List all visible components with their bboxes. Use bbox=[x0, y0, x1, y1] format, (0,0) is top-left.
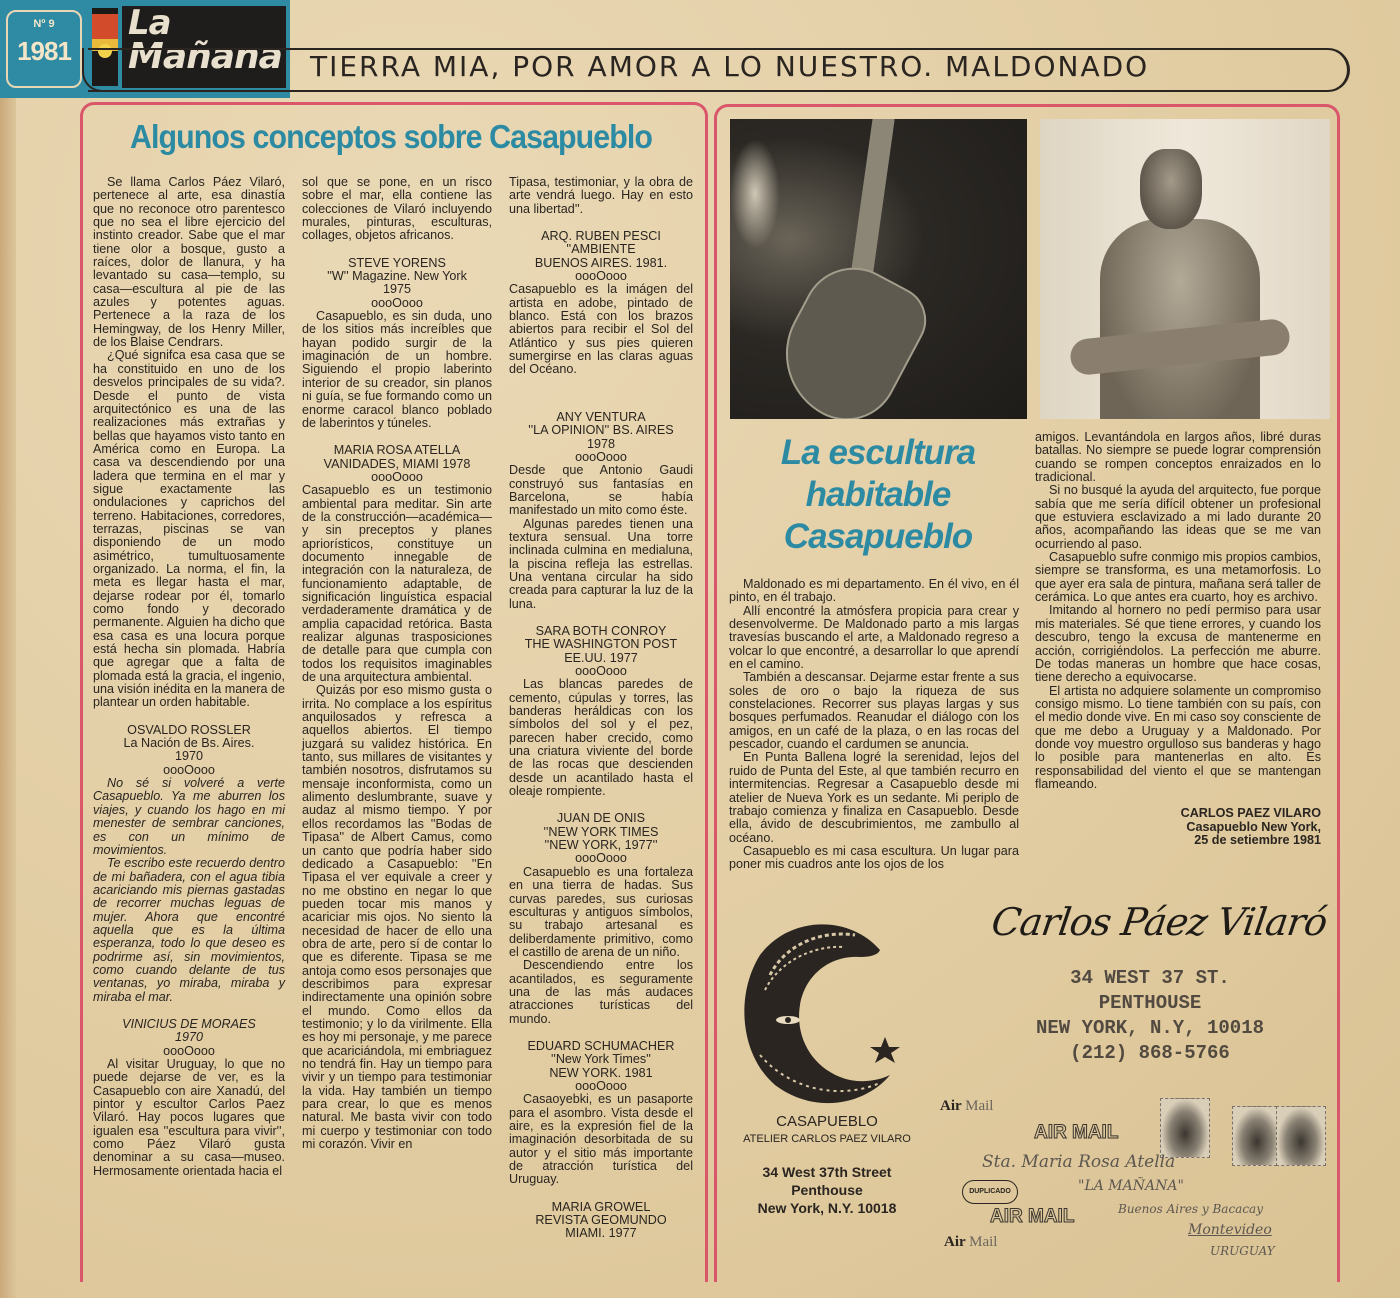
quote-credit: ARQ. RUBEN PESCI ''AMBIENTE BUENOS AIRES… bbox=[509, 230, 693, 283]
handwritten-recipient: URUGUAY bbox=[1210, 1244, 1275, 1258]
left-article-column-3: Tipasa, testimoniar, y la obra de arte v… bbox=[509, 176, 693, 1241]
paragraph: ¿Qué signifca esa casa que se ha constit… bbox=[93, 349, 285, 709]
paragraph: sol que se pone, en un risco sobre el ma… bbox=[302, 176, 492, 243]
quote-credit: EDUARD SCHUMACHER ''New York Times'' NEW… bbox=[509, 1040, 693, 1093]
paragraph: Casapueblo es un testimonio ambiental pa… bbox=[302, 484, 492, 684]
quote-credit: STEVE YORENS ''W'' Magazine. New York 19… bbox=[302, 257, 492, 310]
paragraph: Al visitar Uruguay, lo que no puede deja… bbox=[93, 1058, 285, 1178]
aerial-photo-casapueblo bbox=[730, 119, 1027, 419]
quote-credit: SARA BOTH CONROY THE WASHINGTON POST EE.… bbox=[509, 625, 693, 678]
issue-number: Nº 9 bbox=[8, 18, 80, 30]
paragraph: Casapueblo sufre conmigo mis propios cam… bbox=[1035, 551, 1321, 604]
right-article-column-1: Maldonado es mi departamento. En él vivo… bbox=[729, 578, 1019, 872]
quote-credit: MARIA GROWEL REVISTA GEOMUNDO MIAMI. 197… bbox=[509, 1201, 693, 1241]
handwritten-recipient: Sta. Maria Rosa Atella bbox=[982, 1152, 1175, 1172]
quote-credit: VINICIUS DE MORAES 1970 oooOooo bbox=[93, 1018, 285, 1058]
paragraph: Quizás por eso mismo gusta o irrita. No … bbox=[302, 684, 492, 1151]
paragraph: Casapueblo es una fortaleza en una tierr… bbox=[509, 866, 693, 959]
paragraph: Maldonado es mi departamento. En él vivo… bbox=[729, 578, 1019, 605]
paragraph: Si no busqué la ayuda del arquitecto, fu… bbox=[1035, 484, 1321, 551]
paragraph: Allí encontré la atmósfera propicia para… bbox=[729, 605, 1019, 672]
quote-credit: JUAN DE ONIS ''NEW YORK TIMES ''NEW YORK… bbox=[509, 812, 693, 865]
issue-year: 1981 bbox=[8, 36, 80, 67]
paragraph: También a descansar. Dejarme estar frent… bbox=[729, 671, 1019, 751]
paragraph: Casapueblo es la imágen del artista en a… bbox=[509, 283, 693, 376]
paragraph: Algunas paredes tienen una textura sensu… bbox=[509, 518, 693, 611]
paragraph: Casaoyebki, es un pasaporte para el asom… bbox=[509, 1093, 693, 1186]
paragraph: Casapueblo es mi casa escultura. Un luga… bbox=[729, 845, 1019, 872]
portrait-photo-artist bbox=[1040, 119, 1330, 419]
handwritten-recipient: Buenos Aires y Bacacay bbox=[1118, 1202, 1263, 1216]
left-article-column-1: Se llama Carlos Páez Vilaró, pertenece a… bbox=[93, 176, 285, 1178]
airmail-stamp: AIR MAIL bbox=[1034, 1122, 1118, 1144]
paragraph: No sé si volveré a verte Casapueblo. Ya … bbox=[93, 777, 285, 857]
handwritten-signature: Carlos Páez Vilaró bbox=[989, 900, 1330, 944]
paragraph: Te escribo este recuerdo dentro de mi ba… bbox=[93, 857, 285, 1004]
rubber-stamp-address: 34 WEST 37 ST. PENTHOUSE NEW YORK, N.Y, … bbox=[1030, 966, 1270, 1066]
paragraph: Las blancas paredes de cemento, cúpulas … bbox=[509, 678, 693, 798]
handwritten-recipient: "LA MAÑANA" bbox=[1078, 1178, 1184, 1194]
postage-stamp bbox=[1276, 1106, 1326, 1166]
quote-credit: OSVALDO ROSSLER La Nación de Bs. Aires. … bbox=[93, 724, 285, 777]
paper-edge bbox=[0, 0, 16, 1298]
airmail-label: Air Mail bbox=[940, 1098, 993, 1115]
letterhead-address: 34 West 37th Street Penthouse New York, … bbox=[727, 1163, 927, 1217]
paragraph: Imitando al hornero no pedí permiso para… bbox=[1035, 604, 1321, 684]
paragraph: Descendiendo entre los acantilados, es s… bbox=[509, 959, 693, 1026]
paragraph: Se llama Carlos Páez Vilaró, pertenece a… bbox=[93, 176, 285, 349]
letterhead-name: CASAPUEBLO bbox=[727, 1113, 927, 1130]
postage-stamp bbox=[1160, 1098, 1210, 1158]
issue-badge: Nº 9 1981 bbox=[6, 10, 82, 88]
left-article-title: Algunos conceptos sobre Casapueblo bbox=[130, 118, 652, 156]
quote-credit: ANY VENTURA ''LA OPINION'' BS. AIRES 197… bbox=[509, 411, 693, 464]
left-article-column-2: sol que se pone, en un risco sobre el ma… bbox=[302, 176, 492, 1151]
duplicado-stamp: DUPLICADO bbox=[962, 1180, 1018, 1204]
moon-face-with-star-icon bbox=[730, 905, 910, 1115]
handwritten-recipient: Montevideo bbox=[1188, 1222, 1272, 1238]
letterhead-atelier: ATELIER CARLOS PAEZ VILARO bbox=[722, 1133, 932, 1145]
paragraph: amigos. Levantándola en largos años, lib… bbox=[1035, 431, 1321, 484]
quote-credit: MARIA ROSA ATELLA VANIDADES, MIAMI 1978 … bbox=[302, 444, 492, 484]
paragraph: En Punta Ballena logré la serenidad, lej… bbox=[729, 751, 1019, 844]
paragraph: Tipasa, testimoniar, y la obra de arte v… bbox=[509, 176, 693, 216]
author-signoff: CARLOS PAEZ VILARO Casapueblo New York, … bbox=[1035, 807, 1321, 847]
paragraph: Desde que Antonio Gaudi construyó sus fa… bbox=[509, 464, 693, 517]
paragraph: El artista no adquiere solamente un comp… bbox=[1035, 685, 1321, 792]
paragraph: Casapueblo, es sin duda, uno de los siti… bbox=[302, 310, 492, 430]
airmail-stamp: AIR MAIL bbox=[990, 1206, 1074, 1228]
right-article-title: La escultura habitable Casapueblo bbox=[738, 432, 1018, 558]
right-article-column-2: amigos. Levantándola en largos años, lib… bbox=[1035, 431, 1321, 847]
airmail-label: Air Mail bbox=[944, 1234, 997, 1251]
postage-stamp bbox=[1232, 1106, 1282, 1166]
section-banner-text: TIERRA MIA, POR AMOR A LO NUESTRO. MALDO… bbox=[310, 50, 1149, 83]
